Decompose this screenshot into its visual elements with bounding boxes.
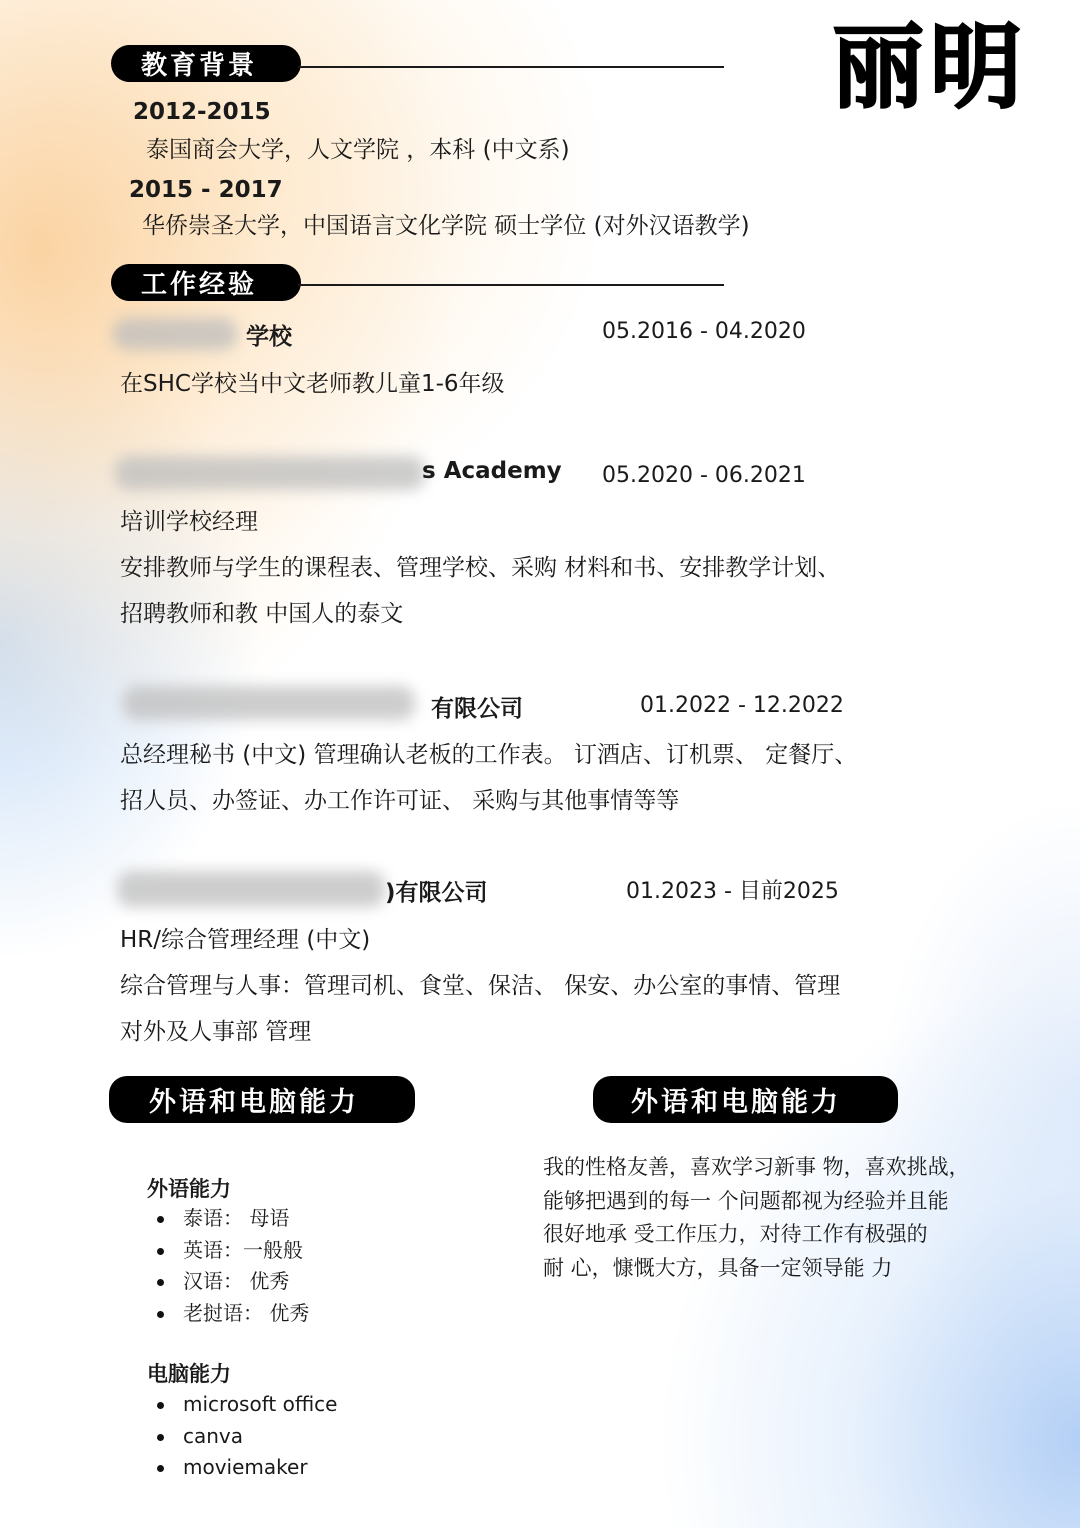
job-dates-3: 01.2022 - 12.2022 — [640, 693, 844, 718]
language-item: 泰语： 母语 — [146, 1203, 309, 1235]
job-line-4-2: 综合管理与人事：管理司机、食堂、保洁、 保安、办公室的事情、管理 — [120, 967, 840, 1000]
languages-title: 外语能力 — [147, 1173, 231, 1203]
job-line-3-2: 招人员、办签证、办工作许可证、 采购与其他事情等等 — [120, 782, 679, 815]
redacted-org-name — [113, 318, 237, 350]
computer-skills-list: microsoft office canva moviemaker — [146, 1389, 337, 1484]
section-divider-work — [298, 284, 724, 286]
about-text: 我的性格友善，喜欢学习新事 物，喜欢挑战， 能够把遇到的每一 个问题都视为经验并… — [543, 1151, 970, 1285]
redacted-org-name — [123, 686, 415, 720]
about-line: 很好地承 受工作压力，对待工作有极强的 — [543, 1218, 970, 1252]
section-header-about: 外语和电脑能力 — [593, 1076, 898, 1123]
languages-list: 泰语： 母语 英语：一般般 汉语： 优秀 老挝语： 优秀 — [146, 1203, 309, 1329]
job-dates-4: 01.2023 - 目前2025 — [626, 874, 839, 905]
language-item: 老挝语： 优秀 — [146, 1298, 309, 1330]
edu-detail-2: 华侨崇圣大学，中国语言文化学院 硕士学位 (对外汉语教学) — [142, 207, 750, 240]
job-dates-1: 05.2016 - 04.2020 — [602, 319, 806, 344]
job-org-2: s Academy — [422, 458, 562, 484]
about-line: 能够把遇到的每一 个问题都视为经验并且能 — [543, 1185, 970, 1219]
job-dates-2: 05.2020 - 06.2021 — [602, 463, 806, 488]
about-line: 耐 心，慷慨大方，具备一定领导能 力 — [543, 1252, 970, 1286]
redacted-org-name — [117, 871, 385, 907]
job-line-2-1: 培训学校经理 — [120, 503, 258, 536]
about-line: 我的性格友善，喜欢学习新事 物，喜欢挑战， — [543, 1151, 970, 1185]
job-line-3-1: 总经理秘书 (中文) 管理确认老板的工作表。 订酒店、订机票、 定餐厅、 — [120, 736, 857, 769]
computer-skill-item: canva — [146, 1421, 337, 1453]
section-header-education: 教育背景 — [111, 45, 301, 82]
job-line-2-2: 安排教师与学生的课程表、管理学校、采购 材料和书、安排教学计划、 — [120, 549, 840, 582]
job-line-1-1: 在SHC学校当中文老师教儿童1-6年级 — [120, 365, 505, 398]
section-header-skills: 外语和电脑能力 — [109, 1076, 415, 1123]
computer-skills-title: 电脑能力 — [147, 1358, 231, 1388]
language-item: 汉语： 优秀 — [146, 1266, 309, 1298]
section-header-work: 工作经验 — [111, 264, 301, 301]
job-line-4-1: HR/综合管理经理 (中文) — [120, 921, 370, 954]
redacted-org-name — [115, 456, 425, 490]
job-org-3: 有限公司 — [431, 690, 523, 723]
job-line-2-3: 招聘教师和教 中国人的泰文 — [120, 595, 403, 628]
job-line-4-3: 对外及人事部 管理 — [120, 1013, 311, 1046]
job-org-4: )有限公司 — [385, 874, 488, 907]
computer-skill-item: moviemaker — [146, 1452, 337, 1484]
language-item: 英语：一般般 — [146, 1235, 309, 1267]
candidate-name: 丽明 — [832, 22, 1028, 114]
job-org-1: 学校 — [246, 318, 292, 351]
computer-skill-item: microsoft office — [146, 1389, 337, 1421]
edu-years-1: 2012-2015 — [133, 99, 271, 125]
edu-detail-1: 泰国商会大学，人文学院 ，本科 (中文系) — [146, 131, 570, 164]
edu-years-2: 2015 - 2017 — [129, 177, 283, 203]
section-divider-education — [298, 66, 724, 68]
